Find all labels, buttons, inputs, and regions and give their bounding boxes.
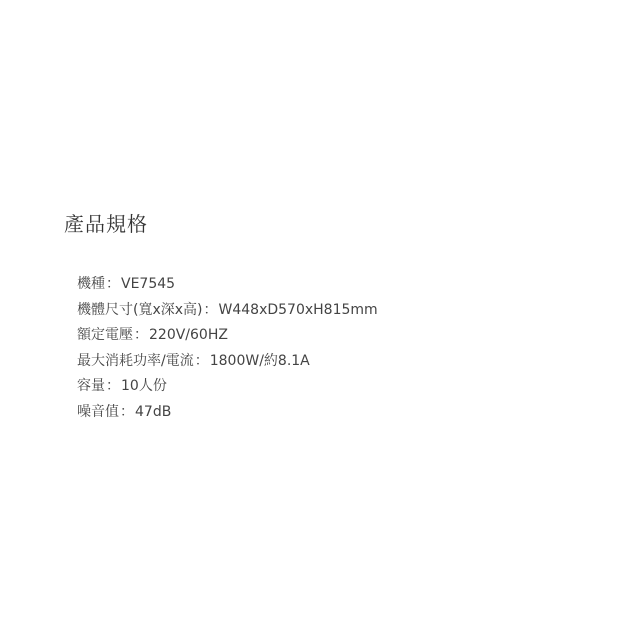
spec-item-power: 最大消耗功率/電流：1800W/約8.1A: [77, 349, 378, 375]
spec-separator: ：: [106, 378, 120, 394]
spec-label: 機體尺寸(寬x深x高): [77, 302, 203, 318]
spec-label: 噪音值: [77, 404, 119, 420]
spec-value: 1800W/約8.1A: [210, 353, 310, 369]
spec-item-voltage: 額定電壓：220V/60HZ: [77, 323, 378, 349]
spec-label: 額定電壓: [77, 327, 133, 343]
spec-value: 47dB: [135, 404, 171, 420]
spec-item-dimensions: 機體尺寸(寬x深x高)：W448xD570xH815mm: [77, 298, 378, 324]
spec-item-model: 機種：VE7545: [77, 272, 378, 298]
spec-separator: ：: [134, 327, 148, 343]
spec-section-title: 產品規格: [64, 211, 148, 237]
spec-value: W448xD570xH815mm: [219, 302, 378, 318]
spec-label: 最大消耗功率/電流: [77, 353, 194, 369]
spec-value: VE7545: [121, 276, 175, 292]
spec-separator: ：: [204, 302, 218, 318]
spec-separator: ：: [120, 404, 134, 420]
spec-value: 220V/60HZ: [149, 327, 228, 343]
spec-value: 10人份: [121, 378, 167, 394]
spec-separator: ：: [195, 353, 209, 369]
spec-label: 機種: [77, 276, 105, 292]
spec-label: 容量: [77, 378, 105, 394]
spec-item-noise: 噪音值：47dB: [77, 400, 378, 426]
spec-list: 機種：VE7545 機體尺寸(寬x深x高)：W448xD570xH815mm 額…: [77, 272, 378, 425]
spec-item-capacity: 容量：10人份: [77, 374, 378, 400]
spec-separator: ：: [106, 276, 120, 292]
